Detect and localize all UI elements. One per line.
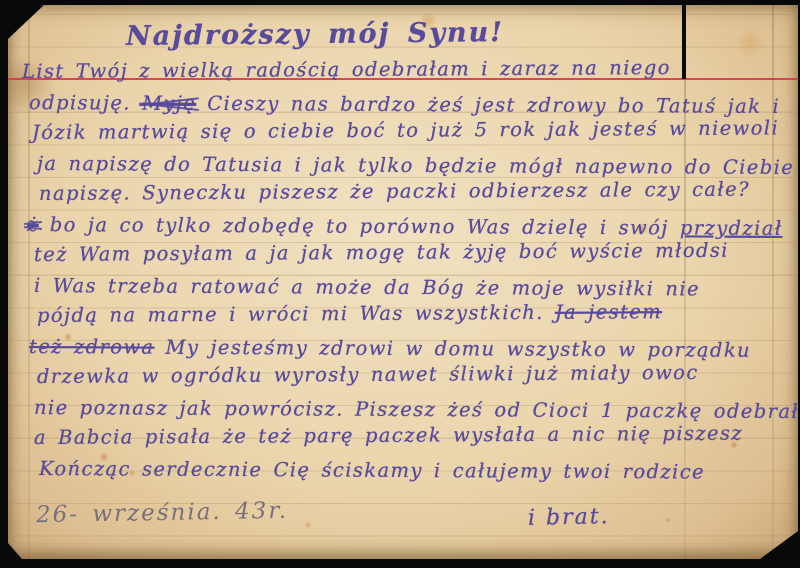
crossed-out-text: też zdrowa [29,335,155,359]
letter-text: Józik martwią się o ciebie boć to już 5 … [32,116,779,144]
letter-text: bo ja co tylko zdobędę to porówno Was dz… [39,213,680,239]
letter-line: List Twój z wielką radością odebrałam i … [22,52,794,87]
letter-line: a Babcia pisała że też parę paczek wysła… [34,418,794,453]
letter-line: Kończąc serdecznie Cię ściskamy i całuje… [39,454,794,488]
letter-text: i Was trzeba ratować a może da Bóg że mo… [34,274,700,300]
letter-text: napiszę. Syneczku piszesz że paczki odbi… [39,178,750,205]
crossed-out-text: Ja jestem [555,300,662,324]
letter-line: pójdą na marne i wróci mi Was wszystkich… [37,296,794,331]
letter-line: też Wam posyłam a ja jak mogę tak żyję b… [34,235,794,270]
letter-body: List Twój z wielką radością odebrałam i … [20,57,794,484]
scan-background: Najdroższy mój Synu! List Twój z wielką … [0,0,800,568]
letter-line: drzewka w ogródku wyrosły nawet śliwki j… [37,357,794,392]
letter-line: napiszę. Syneczku piszesz że paczki odbi… [39,174,794,209]
letter-date: 26- września. 43r. [36,498,289,528]
letter-line: Józik martwią się o ciebie boć to już 5 … [32,113,794,148]
letter-text: odpisuję. [29,91,142,115]
letter-text: też Wam posyłam a ja jak mogę tak żyję b… [34,239,729,266]
letter-text: pójdą na marne i wróci mi Was wszystkich… [37,301,555,327]
crossed-out-text: ż [27,213,39,236]
crossed-out-text: Myję [142,91,196,114]
letter-signature: i brat. [528,504,610,531]
postcard: Najdroższy mój Synu! List Twój z wielką … [8,5,798,559]
letter-text: drzewka w ogródku wyrosły nawet śliwki j… [37,361,699,388]
letter-text: a Babcia pisała że też parę paczek wysła… [34,422,743,449]
letter-salutation: Najdroższy mój Synu! [126,17,504,52]
letter-text: Kończąc serdecznie Cię ściskamy i całuje… [39,457,705,483]
letter-text: List Twój z wielką radością odebrałam i … [22,56,671,83]
